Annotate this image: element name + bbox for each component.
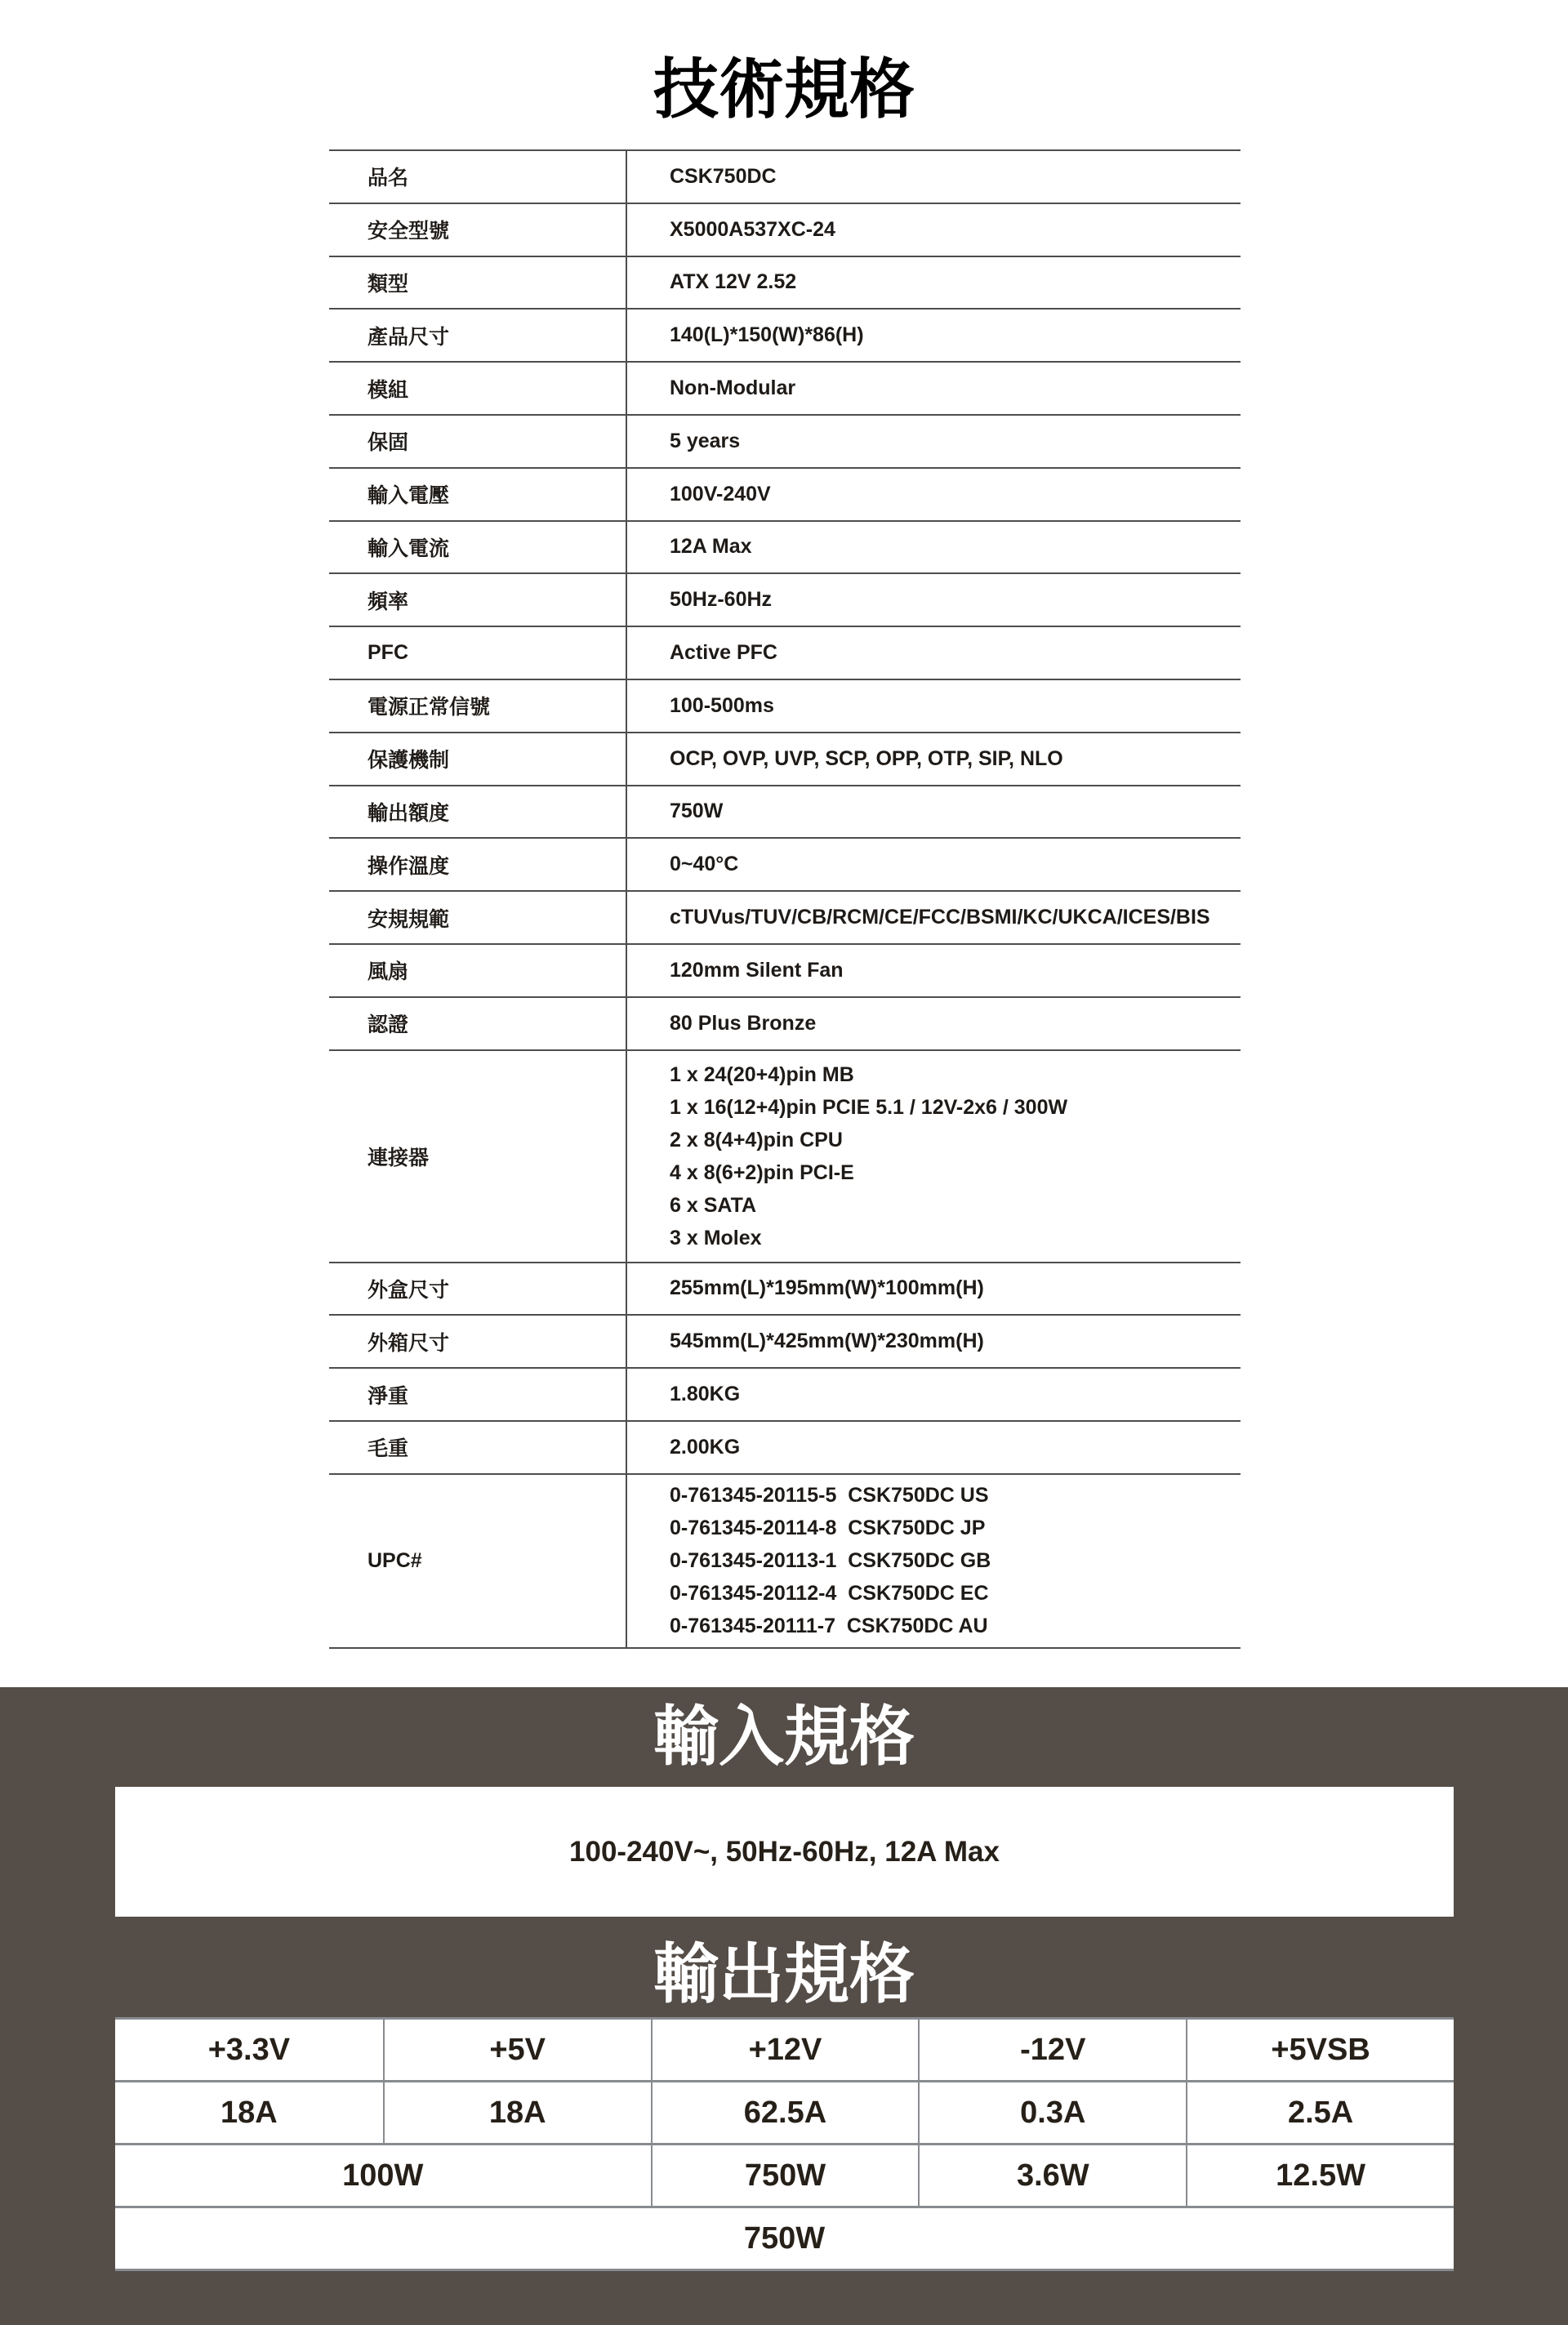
spec-row-value: 100V-240V xyxy=(627,469,1241,520)
spec-row-value: 100-500ms xyxy=(627,680,1241,732)
spec-row: 頻率50Hz-60Hz xyxy=(329,572,1241,626)
spec-row-label: 風扇 xyxy=(329,945,627,996)
spec-row-label: 認證 xyxy=(329,998,627,1049)
spec-row: 保護機制OCP, OVP, UVP, SCP, OPP, OTP, SIP, N… xyxy=(329,732,1241,785)
spec-row: 輸出額度750W xyxy=(329,785,1241,838)
spec-row-label: 外箱尺寸 xyxy=(329,1316,627,1367)
spec-value-line: 3 x Molex xyxy=(670,1222,1067,1254)
output-watts-row-cell: 100W xyxy=(115,2145,651,2206)
spec-row-label: 模組 xyxy=(329,363,627,414)
output-watts-row-cell: 750W xyxy=(651,2145,919,2206)
spec-row: 連接器1 x 24(20+4)pin MB1 x 16(12+4)pin PCI… xyxy=(329,1049,1241,1262)
spec-row-value: 545mm(L)*425mm(W)*230mm(H) xyxy=(627,1316,1241,1367)
spec-row-value: Non-Modular xyxy=(627,363,1241,414)
spec-row-label: 產品尺寸 xyxy=(329,310,627,361)
output-amps-row-cell: 0.3A xyxy=(918,2082,1186,2143)
spec-row: 安規規範cTUVus/TUV/CB/RCM/CE/FCC/BSMI/KC/UKC… xyxy=(329,890,1241,943)
output-amps-row-cell: 18A xyxy=(383,2082,651,2143)
spec-row-value: 1.80KG xyxy=(627,1369,1241,1420)
spec-row-value: cTUVus/TUV/CB/RCM/CE/FCC/BSMI/KC/UKCA/IC… xyxy=(627,892,1241,943)
spec-row: 外盒尺寸255mm(L)*195mm(W)*100mm(H) xyxy=(329,1262,1241,1315)
output-amps-row-cell: 2.5A xyxy=(1186,2082,1454,2143)
spec-row: 淨重1.80KG xyxy=(329,1367,1241,1420)
output-amps-row: 18A18A62.5A0.3A2.5A xyxy=(115,2080,1454,2143)
dark-section: 輸入規格 100-240V~, 50Hz-60Hz, 12A Max 輸出規格 … xyxy=(0,1687,1568,2325)
output-watts-row: 100W750W3.6W12.5W xyxy=(115,2143,1454,2206)
spec-value-line: 0-761345-20114-8 CSK750DC JP xyxy=(670,1512,991,1544)
spec-row-label: 輸入電壓 xyxy=(329,469,627,520)
output-rail-row: +3.3V+5V+12V-12V+5VSB xyxy=(115,2017,1454,2080)
spec-value-line: 0-761345-20112-4 CSK750DC EC xyxy=(670,1577,991,1610)
spec-row-label: 毛重 xyxy=(329,1422,627,1473)
spec-row-value: 50Hz-60Hz xyxy=(627,574,1241,626)
spec-value-line: 1 x 24(20+4)pin MB xyxy=(670,1058,1067,1091)
spec-row-value: 80 Plus Bronze xyxy=(627,998,1241,1049)
output-spec-table: +3.3V+5V+12V-12V+5VSB18A18A62.5A0.3A2.5A… xyxy=(115,2017,1454,2271)
spec-row-label: 電源正常信號 xyxy=(329,680,627,732)
spec-value-line: 0-761345-20115-5 CSK750DC US xyxy=(670,1479,991,1512)
spec-row-value: 0-761345-20115-5 CSK750DC US0-761345-201… xyxy=(627,1475,1241,1647)
spec-row: 毛重2.00KG xyxy=(329,1420,1241,1473)
spec-row-value: 2.00KG xyxy=(627,1422,1241,1473)
spec-row: 電源正常信號100-500ms xyxy=(329,679,1241,732)
spec-row: 風扇120mm Silent Fan xyxy=(329,943,1241,996)
spec-row-label: 保護機制 xyxy=(329,733,627,785)
spec-row-label: 外盒尺寸 xyxy=(329,1263,627,1315)
input-spec-box: 100-240V~, 50Hz-60Hz, 12A Max xyxy=(115,1787,1454,1917)
input-spec-value: 100-240V~, 50Hz-60Hz, 12A Max xyxy=(569,1836,1000,1868)
spec-value-line: 0-761345-20113-1 CSK750DC GB xyxy=(670,1544,991,1577)
spec-row-value: 0~40°C xyxy=(627,839,1241,890)
spec-row: 操作溫度0~40°C xyxy=(329,837,1241,890)
spec-row-label: UPC# xyxy=(329,1475,627,1647)
spec-row: 類型ATX 12V 2.52 xyxy=(329,256,1241,309)
spec-row-label: 保固 xyxy=(329,416,627,467)
spec-row-label: 頻率 xyxy=(329,574,627,626)
output-rail-row-cell: +5V xyxy=(383,2020,651,2080)
spec-value-line: 6 x SATA xyxy=(670,1189,1067,1222)
spec-row-label: 操作溫度 xyxy=(329,839,627,890)
spec-table: 品名CSK750DC安全型號X5000A537XC-24類型ATX 12V 2.… xyxy=(329,149,1241,1649)
spec-row-value: 5 years xyxy=(627,416,1241,467)
spec-row-value: OCP, OVP, UVP, SCP, OPP, OTP, SIP, NLO xyxy=(627,733,1241,785)
output-spec-title: 輸出規格 xyxy=(0,1940,1568,2009)
spec-row: 輸入電壓100V-240V xyxy=(329,467,1241,520)
spec-row: UPC#0-761345-20115-5 CSK750DC US0-761345… xyxy=(329,1473,1241,1647)
spec-row-label: 連接器 xyxy=(329,1051,627,1262)
spec-row: 外箱尺寸545mm(L)*425mm(W)*230mm(H) xyxy=(329,1314,1241,1367)
output-total-row-cell: 750W xyxy=(115,2208,1454,2269)
spec-row: 認證80 Plus Bronze xyxy=(329,996,1241,1049)
spec-value-line: 1 x 16(12+4)pin PCIE 5.1 / 12V-2x6 / 300… xyxy=(670,1091,1067,1124)
spec-row-label: PFC xyxy=(329,627,627,679)
spec-value-line: 0-761345-20111-7 CSK750DC AU xyxy=(670,1610,991,1642)
spec-row-label: 類型 xyxy=(329,257,627,309)
input-spec-title: 輸入規格 xyxy=(0,1703,1568,1771)
spec-row-value: 12A Max xyxy=(627,522,1241,573)
spec-row: 保固5 years xyxy=(329,414,1241,467)
spec-row-value: X5000A537XC-24 xyxy=(627,204,1241,256)
spec-row-label: 品名 xyxy=(329,151,627,203)
spec-row-label: 輸出額度 xyxy=(329,786,627,838)
spec-value-line: 2 x 8(4+4)pin CPU xyxy=(670,1124,1067,1156)
spec-row-label: 安規規範 xyxy=(329,892,627,943)
output-watts-row-cell: 3.6W xyxy=(918,2145,1186,2206)
output-rail-row-cell: +3.3V xyxy=(115,2020,383,2080)
spec-row-value: 140(L)*150(W)*86(H) xyxy=(627,310,1241,361)
spec-row-label: 安全型號 xyxy=(329,204,627,256)
output-amps-row-cell: 18A xyxy=(115,2082,383,2143)
output-total-row: 750W xyxy=(115,2206,1454,2269)
spec-row: 品名CSK750DC xyxy=(329,149,1241,203)
spec-row-label: 輸入電流 xyxy=(329,522,627,573)
spec-row-value: 750W xyxy=(627,786,1241,838)
spec-row-value: Active PFC xyxy=(627,627,1241,679)
output-rail-row-cell: +12V xyxy=(651,2020,919,2080)
spec-row-value: ATX 12V 2.52 xyxy=(627,257,1241,309)
spec-value-line: 4 x 8(6+2)pin PCI-E xyxy=(670,1156,1067,1189)
spec-row: 輸入電流12A Max xyxy=(329,520,1241,573)
spec-row: 模組Non-Modular xyxy=(329,361,1241,414)
output-watts-row-cell: 12.5W xyxy=(1186,2145,1454,2206)
spec-row: 產品尺寸140(L)*150(W)*86(H) xyxy=(329,308,1241,361)
page-title: 技術規格 xyxy=(0,56,1568,124)
spec-row-value: CSK750DC xyxy=(627,151,1241,203)
spec-row-value: 255mm(L)*195mm(W)*100mm(H) xyxy=(627,1263,1241,1315)
spec-row-value: 1 x 24(20+4)pin MB1 x 16(12+4)pin PCIE 5… xyxy=(627,1051,1241,1262)
output-rail-row-cell: -12V xyxy=(918,2020,1186,2080)
output-rail-row-cell: +5VSB xyxy=(1186,2020,1454,2080)
spec-row-label: 淨重 xyxy=(329,1369,627,1420)
spec-row-value: 120mm Silent Fan xyxy=(627,945,1241,996)
output-amps-row-cell: 62.5A xyxy=(651,2082,919,2143)
spec-row: 安全型號X5000A537XC-24 xyxy=(329,203,1241,256)
spec-row: PFCActive PFC xyxy=(329,626,1241,679)
